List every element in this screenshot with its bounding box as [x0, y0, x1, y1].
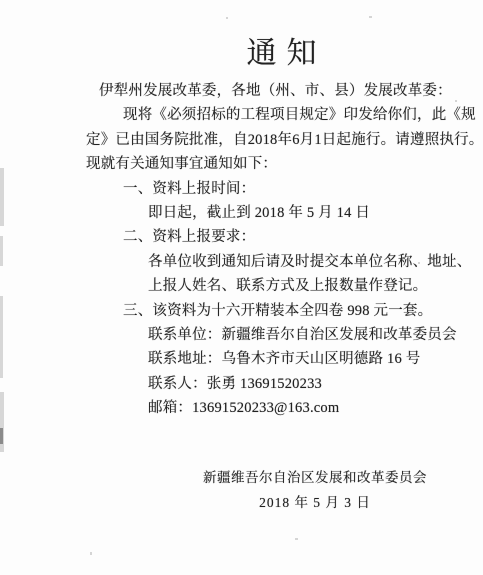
scan-speck [369, 16, 372, 18]
item-2-line-2: 上报人姓名、联系方式及上报数量作登记。 [86, 274, 443, 298]
scan-speck [359, 475, 361, 477]
intro-line-2: 定》已由国务院批准，自2018年6月1日起施行。请遵照执行。 [86, 128, 443, 152]
scan-speck [90, 552, 92, 555]
scan-artifact [0, 296, 3, 378]
document-title: 通知 [108, 28, 465, 72]
scan-speck [160, 192, 162, 194]
signature-org: 新疆维吾尔自治区发展和改革委员会 [203, 465, 427, 490]
scanned-notice-page: 通知 伊犁州发展改革委，各地（州、市、县）发展改革委： 现将《必须招标的工程项目… [0, 0, 483, 575]
contact-address-line: 联系地址：乌鲁木齐市天山区明德路 16 号 [86, 347, 443, 371]
item-1-heading: 一、资料上报时间： [86, 177, 443, 201]
scan-speck [418, 262, 420, 264]
scan-speck [455, 100, 457, 102]
notice-document: 通知 伊犁州发展改革委，各地（州、市、县）发展改革委： 现将《必须招标的工程项目… [86, 28, 443, 515]
scan-speck [226, 17, 228, 19]
item-1-line-1: 即日起，截止到 2018 年 5 月 14 日 [86, 201, 443, 225]
intro-line-1: 现将《必须招标的工程项目规定》印发给你们，此《规 [86, 103, 443, 127]
scan-speck [295, 538, 298, 540]
item-3-heading: 三、该资料为十六开精装本全四卷 998 元一套。 [86, 299, 443, 323]
contact-email-line: 邮箱：13691520233@163.com [86, 396, 443, 420]
intro-line-3: 现就有关通知事宜通知如下： [86, 152, 443, 176]
salutation-line: 伊犁州发展改革委，各地（州、市、县）发展改革委： [86, 79, 443, 103]
contact-person-line: 联系人：张勇 13691520233 [86, 372, 443, 396]
signature-date: 2018 年 5 月 3 日 [203, 490, 427, 515]
contact-unit-line: 联系单位：新疆维吾尔自治区发展和改革委员会 [86, 323, 443, 347]
item-2-heading: 二、资料上报要求： [86, 225, 443, 249]
scan-artifact [0, 236, 3, 266]
scan-artifact [0, 428, 3, 444]
scan-artifact [0, 168, 4, 226]
item-2-line-1: 各单位收到通知后请及时提交本单位名称、地址、 [86, 250, 443, 274]
signature-block: 新疆维吾尔自治区发展和改革委员会 2018 年 5 月 3 日 [203, 465, 427, 515]
